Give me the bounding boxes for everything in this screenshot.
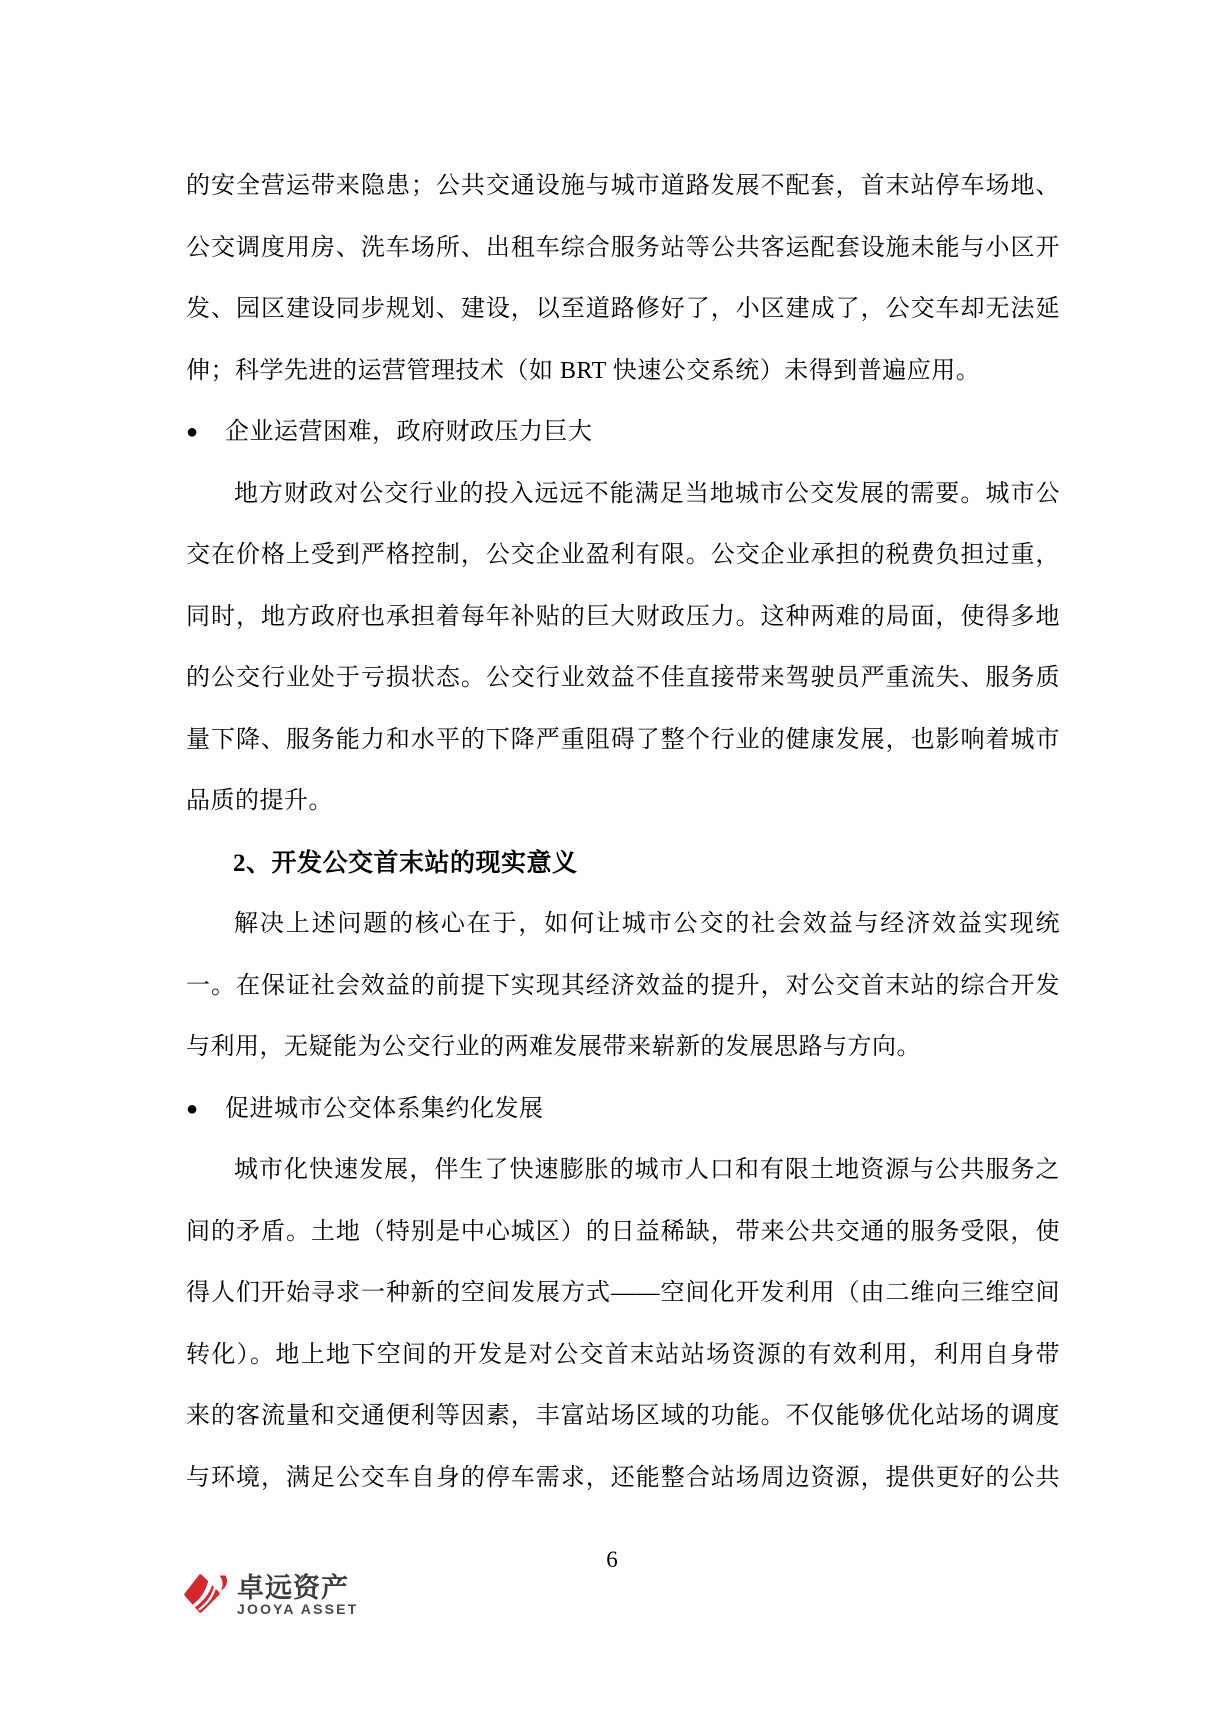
bullet-icon: ● bbox=[186, 1079, 225, 1141]
body-line: 与环境，满足公交车自身的停车需求，还能整合站场周边资源，提供更好的公共 bbox=[186, 1448, 1060, 1510]
body-line: 同时，地方政府也承担着每年补贴的巨大财政压力。这种两难的局面，使得多地 bbox=[186, 587, 1060, 649]
bullet-text: 促进城市公交体系集约化发展 bbox=[225, 1079, 1060, 1141]
bullet-text: 企业运营困难，政府财政压力巨大 bbox=[225, 402, 1060, 464]
body-line: 伸；科学先进的运营管理技术（如 BRT 快速公交系统）未得到普遍应用。 bbox=[186, 341, 1060, 403]
body-line: 来的客流量和交通便利等因素，丰富站场区域的功能。不仅能够优化站场的调度 bbox=[186, 1386, 1060, 1448]
bullet-item: ● 促进城市公交体系集约化发展 bbox=[186, 1079, 1060, 1141]
section-heading: 2、开发公交首末站的现实意义 bbox=[186, 833, 1060, 895]
body-line: 交在价格上受到严格控制，公交企业盈利有限。公交企业承担的税费负担过重， bbox=[186, 525, 1060, 587]
body-line: 公交调度用房、洗车场所、出租车综合服务站等公共客运配套设施未能与小区开 bbox=[186, 218, 1060, 280]
body-line: 转化）。地上地下空间的开发是对公交首末站站场资源的有效利用，利用自身带 bbox=[186, 1325, 1060, 1387]
logo-diamond-icon bbox=[183, 1572, 233, 1618]
body-line: 发、园区建设同步规划、建设，以至道路修好了，小区建成了，公交车却无法延 bbox=[186, 279, 1060, 341]
body-line: 城市化快速发展，伴生了快速膨胀的城市人口和有限土地资源与公共服务之 bbox=[186, 1140, 1060, 1202]
body-line: 间的矛盾。土地（特别是中心城区）的日益稀缺，带来公共交通的服务受限，使 bbox=[186, 1202, 1060, 1264]
bullet-icon: ● bbox=[186, 402, 225, 464]
body-text: 的安全营运带来隐患；公共交通设施与城市道路发展不配套，首末站停车场地、 公交调度… bbox=[186, 156, 1060, 1509]
footer-logo: 卓远资产 JOOYA ASSET bbox=[183, 1572, 358, 1618]
body-line: 一。在保证社会效益的前提下实现其经济效益的提升，对公交首末站的综合开发 bbox=[186, 956, 1060, 1018]
body-line: 地方财政对公交行业的投入远远不能满足当地城市公交发展的需要。城市公 bbox=[186, 464, 1060, 526]
body-line: 量下降、服务能力和水平的下降严重阻碍了整个行业的健康发展，也影响着城市 bbox=[186, 710, 1060, 772]
logo-company-name-cn: 卓远资产 bbox=[237, 1574, 358, 1602]
logo-company-name-en: JOOYA ASSET bbox=[237, 1602, 358, 1617]
logo-text: 卓远资产 JOOYA ASSET bbox=[237, 1574, 358, 1617]
document-page: 的安全营运带来隐患；公共交通设施与城市道路发展不配套，首末站停车场地、 公交调度… bbox=[0, 0, 1224, 1720]
body-line: 解决上述问题的核心在于，如何让城市公交的社会效益与经济效益实现统 bbox=[186, 894, 1060, 956]
body-line: 的安全营运带来隐患；公共交通设施与城市道路发展不配套，首末站停车场地、 bbox=[186, 156, 1060, 218]
page-number: 6 bbox=[0, 1545, 1224, 1575]
body-line: 得人们开始寻求一种新的空间发展方式——空间化开发利用（由二维向三维空间 bbox=[186, 1263, 1060, 1325]
body-line: 与利用，无疑能为公交行业的两难发展带来崭新的发展思路与方向。 bbox=[186, 1017, 1060, 1079]
body-line: 品质的提升。 bbox=[186, 771, 1060, 833]
bullet-item: ● 企业运营困难，政府财政压力巨大 bbox=[186, 402, 1060, 464]
body-line: 的公交行业处于亏损状态。公交行业效益不佳直接带来驾驶员严重流失、服务质 bbox=[186, 648, 1060, 710]
